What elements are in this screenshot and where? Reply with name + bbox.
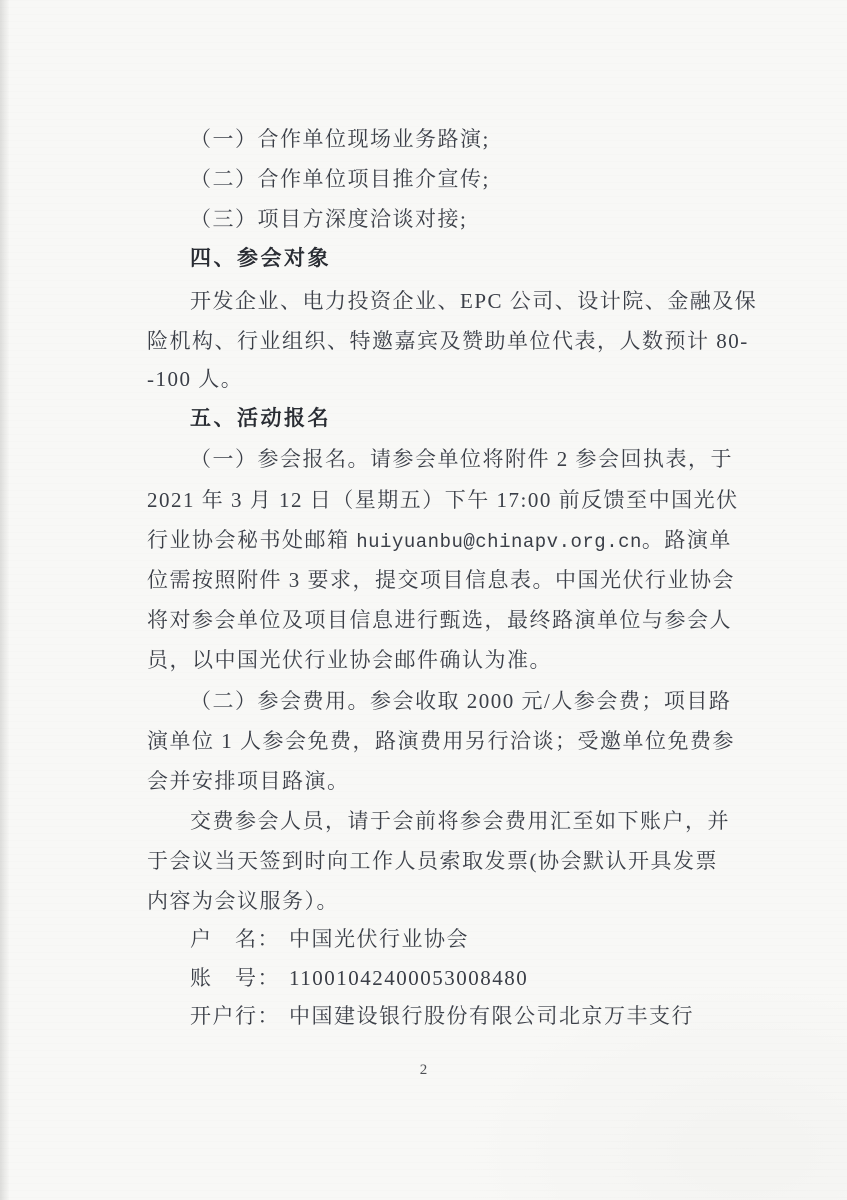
account-number-row: 账 号：11001042400053008480	[190, 963, 528, 993]
signup-line-6: 员，以中国光伏行业协会邮件确认为准。	[147, 645, 552, 675]
account-bank-label: 开户行：	[190, 1004, 280, 1028]
account-number-label: 账 号：	[190, 966, 280, 990]
signup-line-3: 行业协会秘书处邮箱 huiyuanbu@chinapv.org.cn。路演单	[147, 525, 732, 557]
account-bank-value: 中国建设银行股份有限公司北京万丰支行	[289, 1004, 694, 1028]
attendees-line-3: -100 人。	[147, 364, 243, 394]
scan-edge-shadow	[0, 0, 9, 1200]
signup-line-5: 将对参会单位及项目信息进行甄选，最终路演单位与参会人	[147, 605, 732, 635]
page-number: 2	[0, 1062, 847, 1079]
payment-line-2: 于会议当天签到时向工作人员索取发票(协会默认开具发票	[147, 846, 718, 876]
signup-line-2: 2021 年 3 月 12 日（星期五）下午 17:00 前反馈至中国光伏	[147, 485, 739, 515]
account-holder-label: 户 名：	[190, 927, 280, 951]
payment-line-3: 内容为会议服务）。	[147, 886, 339, 916]
attendees-line-2: 险机构、行业组织、特邀嘉宾及赞助单位代表，人数预计 80-	[147, 326, 749, 356]
signup-line-1: （一）参会报名。请参会单位将附件 2 参会回执表，于	[190, 444, 733, 474]
fee-line-1: （二）参会费用。参会收取 2000 元/人参会费；项目路	[190, 686, 731, 716]
fee-line-2: 演单位 1 人参会免费，路演费用另行洽谈；受邀单位免费参	[147, 726, 735, 756]
scanned-document-page: （一）合作单位现场业务路演; （二）合作单位项目推介宣传; （三）项目方深度洽谈…	[0, 0, 847, 1200]
account-holder-value: 中国光伏行业协会	[289, 927, 469, 951]
agenda-item-1: （一）合作单位现场业务路演;	[190, 124, 490, 154]
account-number-value: 11001042400053008480	[289, 966, 528, 990]
signup-line-3-prefix: 行业协会秘书处邮箱	[147, 528, 356, 552]
signup-line-3-suffix: 。路演单	[642, 528, 732, 552]
signup-line-4: 位需按照附件 3 要求，提交项目信息表。中国光伏行业协会	[147, 565, 735, 595]
section-heading-attendees: 四、参会对象	[190, 244, 331, 274]
account-bank-row: 开户行：中国建设银行股份有限公司北京万丰支行	[190, 1001, 694, 1031]
agenda-item-2: （二）合作单位项目推介宣传;	[190, 164, 490, 194]
agenda-item-3: （三）项目方深度洽谈对接;	[190, 204, 467, 234]
fee-line-3: 会并安排项目路演。	[147, 766, 350, 796]
attendees-line-1: 开发企业、电力投资企业、EPC 公司、设计院、金融及保	[190, 286, 757, 316]
account-holder-row: 户 名：中国光伏行业协会	[190, 924, 469, 954]
payment-line-1: 交费参会人员，请于会前将参会费用汇至如下账户，并	[190, 806, 730, 836]
email-address: huiyuanbu@chinapv.org.cn	[356, 531, 642, 553]
section-heading-registration: 五、活动报名	[190, 404, 331, 434]
